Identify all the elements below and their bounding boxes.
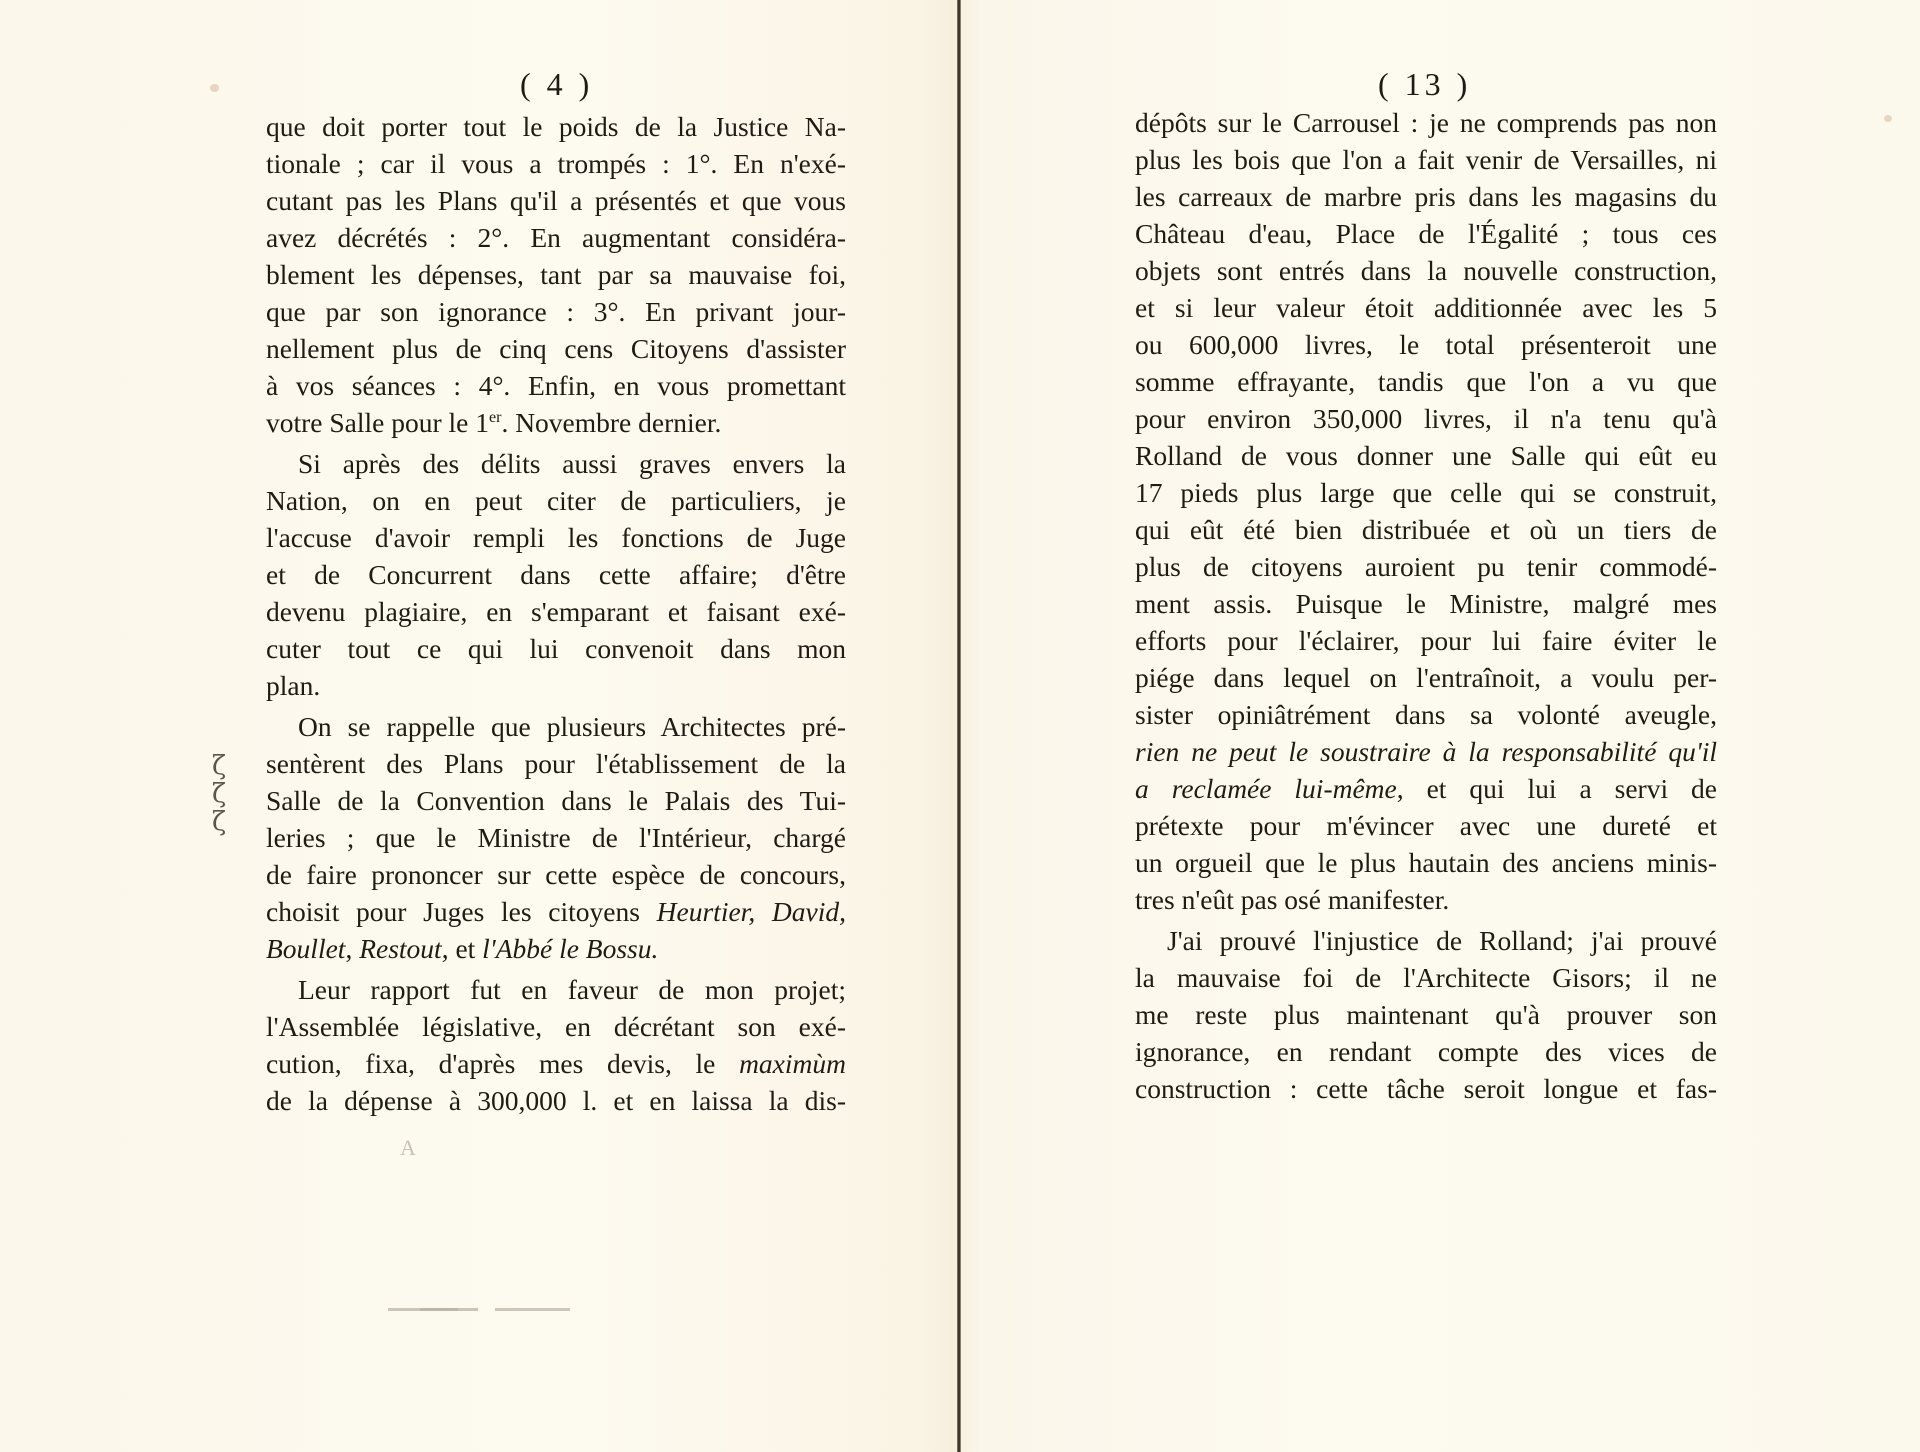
text-line: que par son ignorance : 3°. En privant j…: [266, 293, 846, 330]
text-line: ment assis. Puisque le Ministre, malgré …: [1135, 585, 1717, 622]
text-line: Château d'eau, Place de l'Égalité ; tous…: [1135, 215, 1717, 252]
text-line: plus de citoyens auroient pu tenir commo…: [1135, 548, 1717, 585]
text-line: me reste plus maintenant qu'à prouver so…: [1135, 996, 1717, 1033]
text-line: ignorance, en rendant compte des vices d…: [1135, 1033, 1717, 1070]
show-through-rule: [495, 1308, 570, 1311]
text-line: efforts pour l'éclairer, pour lui faire …: [1135, 622, 1717, 659]
text-line: tionale ; car il vous a trompés : 1°. En…: [266, 145, 846, 182]
text-line: blement les dépenses, tant par sa mauvai…: [266, 256, 846, 293]
italic-names: Heurtier, David,: [657, 896, 846, 927]
text-line: ou 600,000 livres, le total présenteroit…: [1135, 326, 1717, 363]
paragraph-start: On se rappelle que plusieurs Architectes…: [266, 708, 846, 745]
text-line: nellement plus de cinq cens Citoyens d'a…: [266, 330, 846, 367]
text-line: 17 pieds plus large que celle qui se con…: [1135, 474, 1717, 511]
text-line: cutant pas les Plans qu'il a présentés e…: [266, 182, 846, 219]
text-line: qui eût été bien distribuée et où un tie…: [1135, 511, 1717, 548]
text-line: sentèrent des Plans pour l'établissement…: [266, 745, 846, 782]
paragraph-start: Leur rapport fut en faveur de mon projet…: [266, 971, 846, 1008]
body-text: dépôts sur le Carrousel : je ne comprend…: [1135, 104, 1717, 1107]
paragraph-start: J'ai prouvé l'injustice de Rolland; j'ai…: [1135, 922, 1717, 959]
text-line: de la dépense à 300,000 l. et en laissa …: [266, 1082, 846, 1119]
text-line: plan.: [266, 667, 846, 704]
text-line: pour environ 350,000 livres, il n'a tenu…: [1135, 400, 1717, 437]
text-line: et de Concurrent dans cette affaire; d'ê…: [266, 556, 846, 593]
text-line: cuter tout ce qui lui convenoit dans mon: [266, 630, 846, 667]
text-line: les carreaux de marbre pris dans les mag…: [1135, 178, 1717, 215]
signature-mark: A: [400, 1135, 416, 1161]
text-line: Nation, on en peut citer de particuliers…: [266, 482, 846, 519]
page-number: ( 13 ): [1378, 66, 1471, 103]
text-line: objets sont entrés dans la nouvelle cons…: [1135, 252, 1717, 289]
text-line: choisit pour Juges les citoyens Heurtier…: [266, 893, 846, 930]
book-spread: ( 4 ) que doit porter tout le poids de l…: [0, 0, 1920, 1452]
margin-annotation: ζ ζ ζ: [212, 752, 232, 836]
text-line: Rolland de vous donner une Salle qui eût…: [1135, 437, 1717, 474]
text-line: devenu plagiaire, en s'emparant et faisa…: [266, 593, 846, 630]
text-line: construction : cette tâche seroit longue…: [1135, 1070, 1717, 1107]
text-line: un orgueil que le plus hautain des ancie…: [1135, 844, 1717, 881]
text-line: cution, fixa, d'après mes devis, le maxi…: [266, 1045, 846, 1082]
text-line: la mauvaise foi de l'Architecte Gisors; …: [1135, 959, 1717, 996]
text-line: somme effrayante, tandis que l'on a vu q…: [1135, 363, 1717, 400]
text-line: votre Salle pour le 1er. Novembre dernie…: [266, 404, 846, 441]
page-number: ( 4 ): [520, 66, 593, 103]
text-line: leries ; que le Ministre de l'Intérieur,…: [266, 819, 846, 856]
text-line: prétexte pour m'évincer avec une dureté …: [1135, 807, 1717, 844]
text-line: l'accuse d'avoir rempli les fonctions de…: [266, 519, 846, 556]
text-line: l'Assemblée législative, en décrétant so…: [266, 1008, 846, 1045]
foxing-spot: [1884, 115, 1892, 122]
text-line: que doit porter tout le poids de la Just…: [266, 108, 846, 145]
text-line: et si leur valeur étoit additionnée avec…: [1135, 289, 1717, 326]
text-line: tres n'eût pas osé manifester.: [1135, 881, 1717, 918]
body-text: que doit porter tout le poids de la Just…: [266, 108, 846, 1119]
paragraph-start: Si après des délits aussi graves envers …: [266, 445, 846, 482]
right-page: ( 13 ) dépôts sur le Carrousel : je ne c…: [961, 0, 1920, 1452]
text-line: piége dans lequel on l'entraînoit, a vou…: [1135, 659, 1717, 696]
show-through-rule: [420, 1308, 478, 1311]
text-line: Boullet, Restout, et l'Abbé le Bossu.: [266, 930, 846, 967]
text-line: à vos séances : 4°. Enfin, en vous prome…: [266, 367, 846, 404]
text-line: de faire prononcer sur cette espèce de c…: [266, 856, 846, 893]
italic-text-line: rien ne peut le soustraire à la responsa…: [1135, 733, 1717, 770]
left-page: ( 4 ) que doit porter tout le poids de l…: [0, 0, 957, 1452]
text-line: sister opiniâtrément dans sa volonté ave…: [1135, 696, 1717, 733]
foxing-spot: [210, 84, 219, 92]
text-line: plus les bois que l'on a fait venir de V…: [1135, 141, 1717, 178]
text-line: avez décrétés : 2°. En augmentant consid…: [266, 219, 846, 256]
text-line: a reclamée lui-même, et qui lui a servi …: [1135, 770, 1717, 807]
text-line: dépôts sur le Carrousel : je ne comprend…: [1135, 104, 1717, 141]
text-line: Salle de la Convention dans le Palais de…: [266, 782, 846, 819]
